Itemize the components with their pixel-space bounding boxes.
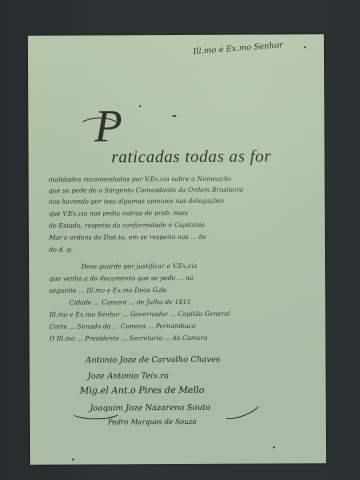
body-line: Deos guarde por justificar a V.Ex.cia <box>81 263 197 271</box>
signature: Mig.el Ant.o Pires de Mello <box>80 386 205 397</box>
body-line: Cidade ... Camara ... de Julho de 1815 <box>69 299 190 307</box>
body-line: seguinte ... Ill.mo e Ex.mo Deos G.de <box>49 287 167 295</box>
body-line: de Estado, respeito da conformidade e Ca… <box>49 222 205 230</box>
body-line: Ill.mo e Ex.mo Senhor ... Governador ...… <box>49 311 230 319</box>
initial-flourish <box>78 117 120 137</box>
opening-headline: raticadas todas as for <box>111 147 271 168</box>
body-line: Corte ... Senado da ... Camara ... Perna… <box>49 323 195 331</box>
ink-spot <box>172 115 176 117</box>
signature: Antonio Joze de Carvalho Chaves <box>86 355 220 365</box>
body-line: que venha a do documento que se pede ...… <box>49 275 193 283</box>
signature-flourish <box>218 394 263 424</box>
ink-spot <box>72 459 74 461</box>
ink-spot <box>304 46 306 48</box>
body-line: nos havendo por isso algumas opinioes na… <box>49 198 224 206</box>
body-line: que se pede de o Sargento Comandante da … <box>49 187 243 195</box>
signature: Joze Antonio Teix.ra <box>88 371 169 380</box>
body-line: O Ill.mo ... Presidente ... Secretario .… <box>49 335 207 343</box>
salutation: Ill.mo e Ex.mo Senhor <box>193 40 283 56</box>
signature: Pedro Marques de Souza <box>108 418 197 426</box>
manuscript-page: Ill.mo e Ex.mo Senhor P raticadas todas … <box>28 34 326 465</box>
ink-spot <box>273 446 275 448</box>
ink-spot <box>139 105 141 107</box>
body-line: Mar e ordens do Dist.to, em se respeito … <box>49 234 206 242</box>
body-line: malidades recomendadas por V.Ex.cia sobr… <box>49 176 231 184</box>
signature-flourish <box>70 403 122 419</box>
body-line: do d. p. <box>49 247 73 254</box>
body-line: que V.Ex.cia nos pedia outras de prob. m… <box>49 210 188 218</box>
